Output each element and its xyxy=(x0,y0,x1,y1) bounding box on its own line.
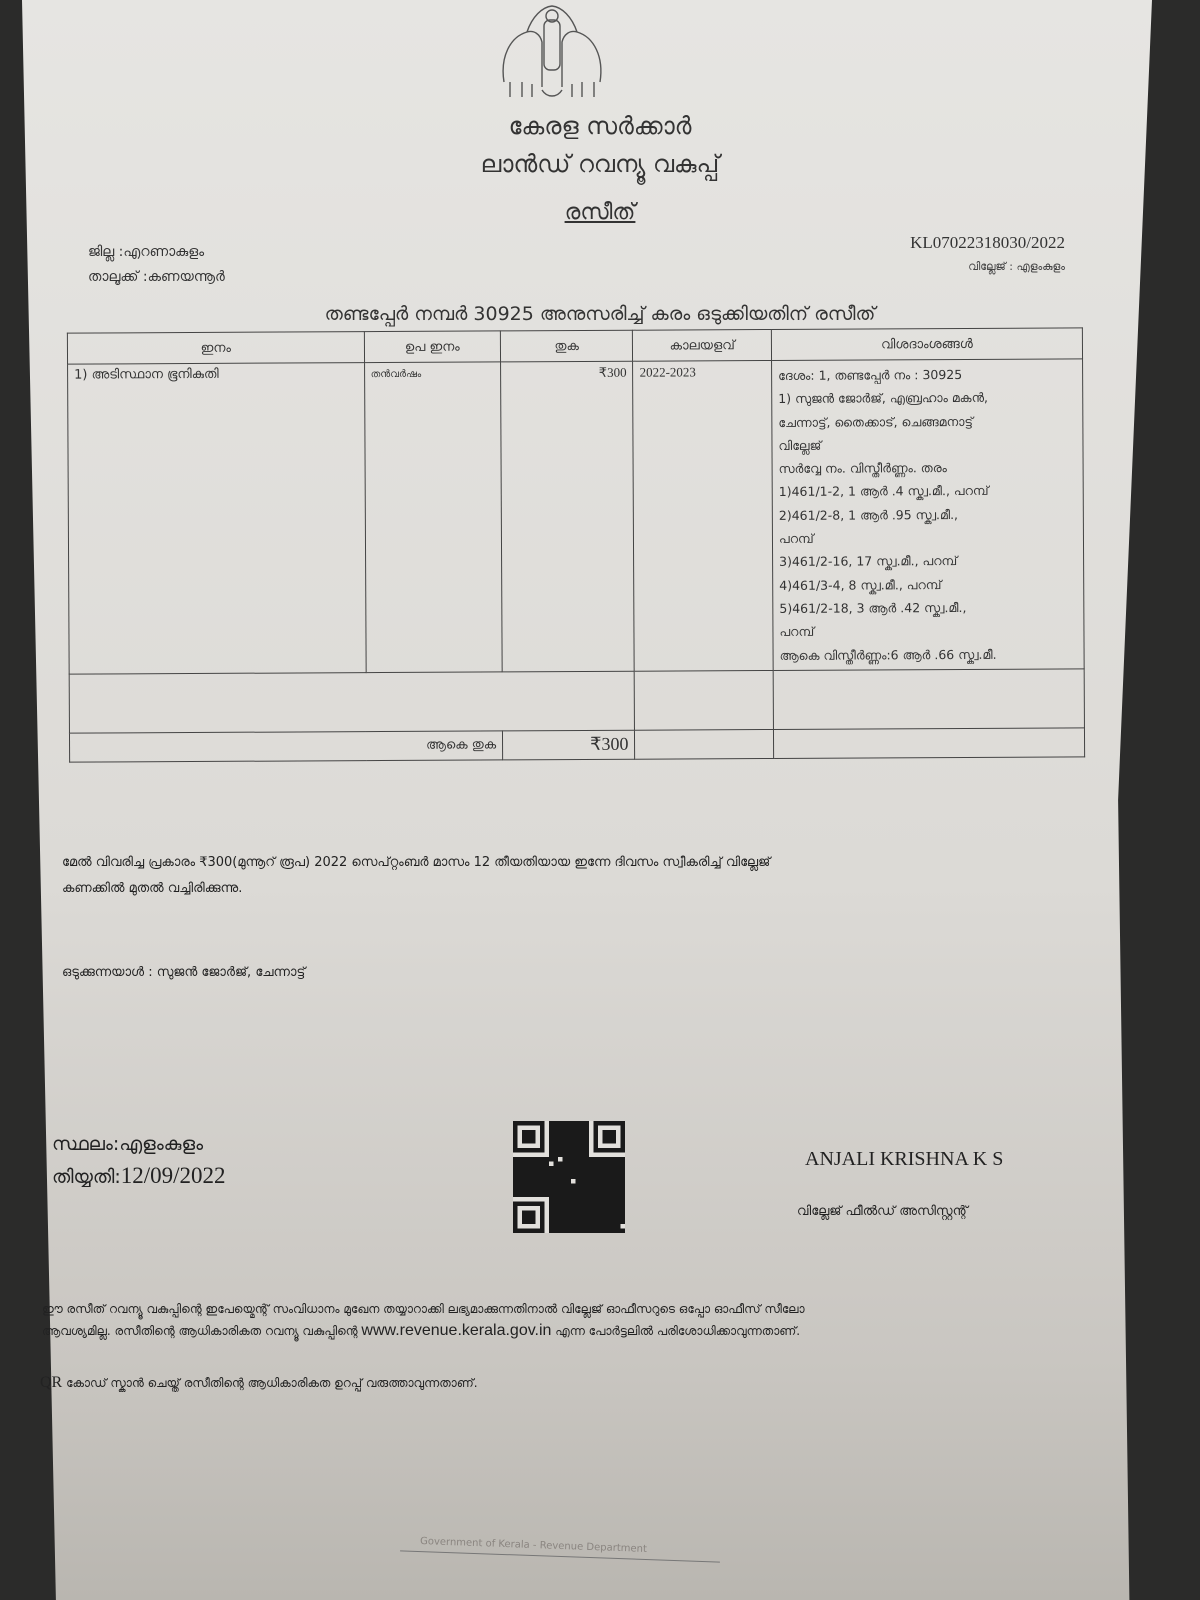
revenue-portal-link[interactable]: www.revenue.kerala.gov.in xyxy=(361,1322,551,1339)
location-meta: ജില്ല :എറണാകുളം താലൂക്ക് :കണയന്നൂർ xyxy=(88,240,225,290)
department-title: ലാൻഡ് റവന്യൂ വകുപ്പ് xyxy=(0,150,1200,178)
total-label: ആകെ തുക xyxy=(69,731,502,762)
kerala-emblem-icon xyxy=(492,2,612,102)
village-line: വില്ലേജ് : എളംകുളം xyxy=(968,260,1065,274)
government-title: കേരള സർക്കാർ xyxy=(0,112,1200,140)
details-cell: ദേശം: 1, തണ്ടപ്പേർ നം : 30925 1) സുജൻ ജോ… xyxy=(772,359,1085,670)
district-line: ജില്ല :എറണാകുളം xyxy=(88,240,225,265)
document-title: രസീത് xyxy=(0,200,1200,225)
qr-verify-note: QR കോഡ് സ്കാൻ ചെയ്ത് രസീതിന്റെ ആധികാരികത… xyxy=(40,1374,478,1392)
col-sub-item: ഉപ ഇനം xyxy=(364,331,501,363)
epayment-note: ഈ രസീത് റവന്യൂ വകുപ്പിന്റെ ഇപേയ്മെന്റ് സ… xyxy=(42,1298,1102,1342)
place-line: സ്ഥലം:എളംകുളം xyxy=(52,1128,226,1160)
signer-role: വില്ലേജ് ഫീൽഡ് അസിസ്റ്റന്റ് xyxy=(797,1204,968,1219)
payer-line: ഒടുക്കുന്നയാൾ : സുജൻ ജോർജ്, ചേന്നാട്ട് xyxy=(62,965,305,980)
payment-statement: മേൽ വിവരിച്ച പ്രകാരം ₹300(മുന്നൂറ് രൂപ) … xyxy=(62,850,1102,902)
col-details: വിശദാംശങ്ങൾ xyxy=(771,328,1082,361)
col-item: ഇനം xyxy=(67,332,364,365)
period-cell: 2022-2023 xyxy=(633,360,773,671)
table-total-row: ആകെ തുക ₹300 xyxy=(69,728,1084,762)
col-period: കാലയളവ് xyxy=(633,329,772,361)
signer-name: ANJALI KRISHNA K S xyxy=(805,1148,1003,1171)
receipt-subtitle: തണ്ടപ്പേർ നമ്പർ 30925 അനുസരിച്ച് കരം ഒടു… xyxy=(0,303,1200,325)
table-row: 1) അടിസ്ഥാന ഭൂനികുതി തന്‍വര്‍ഷം ₹300 202… xyxy=(68,359,1085,674)
item-cell: 1) അടിസ്ഥാന ഭൂനികുതി xyxy=(68,363,366,674)
total-amount: ₹300 xyxy=(503,730,636,760)
qr-code-icon[interactable] xyxy=(513,1118,625,1236)
place-date-block: സ്ഥലം:എളംകുളം തിയ്യതി:12/09/2022 xyxy=(52,1128,226,1193)
col-amount: തുക xyxy=(500,330,633,362)
table-blank-row xyxy=(69,669,1084,733)
tax-table: ഇനം ഉപ ഇനം തുക കാലയളവ് വിശദാംശങ്ങൾ 1) അട… xyxy=(67,327,1085,762)
sub-item-cell: തന്‍വര്‍ഷം xyxy=(364,362,502,673)
date-line: തിയ്യതി:12/09/2022 xyxy=(52,1160,226,1193)
amount-cell: ₹300 xyxy=(501,361,635,672)
taluk-line: താലൂക്ക് :കണയന്നൂർ xyxy=(88,265,225,290)
receipt-number: KL07022318030/2022 xyxy=(910,233,1065,253)
